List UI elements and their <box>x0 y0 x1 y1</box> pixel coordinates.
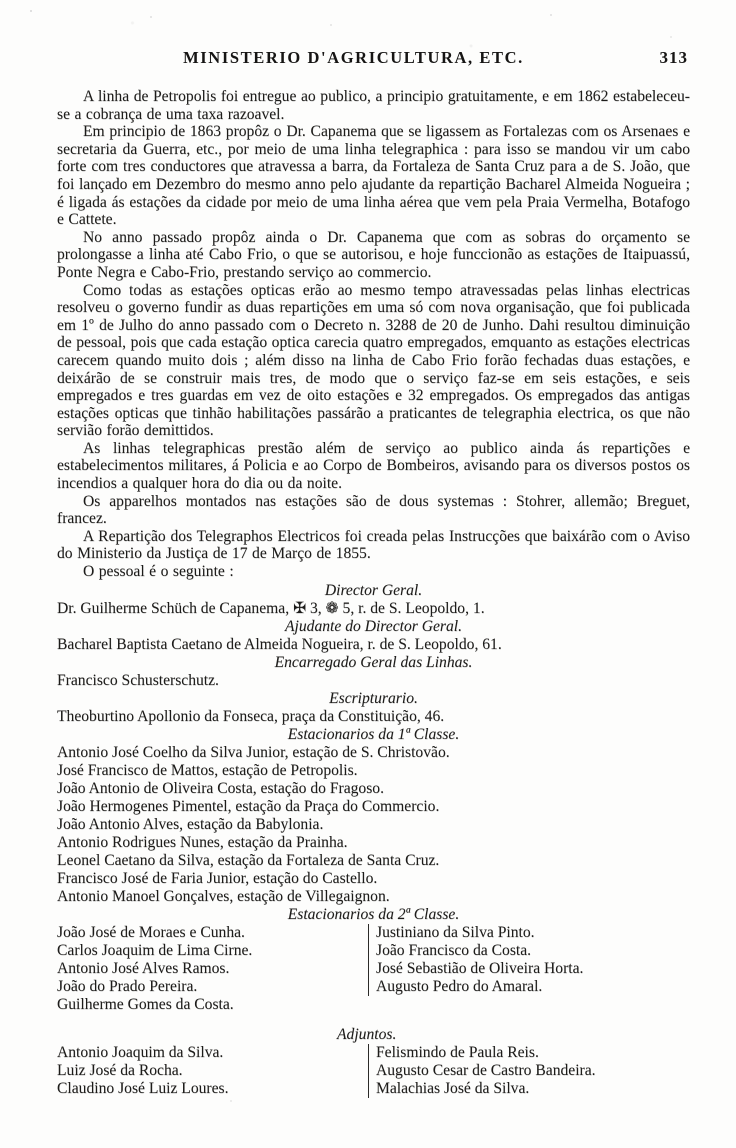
adjuntos-left-column: Antonio Joaquim da Silva. Luiz José da R… <box>57 1044 368 1098</box>
scan-noise-specks <box>30 10 32 12</box>
section-heading-director-geral: Director Geral. <box>57 582 690 600</box>
roster-entry-ajudante: Bacharel Baptista Caetano de Almeida Nog… <box>57 636 690 654</box>
paragraph-5: As linhas telegraphicas prestão além de … <box>57 440 690 493</box>
roster-entry: Augusto Cesar de Castro Bandeira. <box>376 1062 690 1080</box>
paragraph-2: Em principio de 1863 propôz o Dr. Capane… <box>57 123 690 229</box>
roster-entry: Antonio Joaquim da Silva. <box>57 1044 368 1062</box>
roster-entry: Antonio José Coelho da Silva Junior, est… <box>57 744 690 762</box>
section-heading-classe2: Estacionarios da 2ª Classe. <box>57 906 690 924</box>
roster-entry: Carlos Joaquim de Lima Cirne. <box>57 942 368 960</box>
roster-entry: João Francisco da Costa. <box>376 942 690 960</box>
roster-entry: Felismindo de Paula Reis. <box>376 1044 690 1062</box>
scanned-document-page: { "page": { "header": { "title": "MINIST… <box>0 0 736 1148</box>
page-header: MINISTERIO D'AGRICULTURA, ETC. 313 <box>57 48 690 70</box>
adjuntos-columns: Antonio Joaquim da Silva. Luiz José da R… <box>57 1044 690 1098</box>
roster-entry: José Sebastião de Oliveira Horta. <box>376 960 690 978</box>
roster-entry: Francisco José de Faria Junior, estação … <box>57 870 690 888</box>
roster-entry: Antonio Manoel Gonçalves, estação de Vil… <box>57 888 690 906</box>
personnel-roster: Director Geral. Dr. Guilherme Schüch de … <box>57 582 690 1098</box>
roster-entry-escripturario: Theoburtino Apollonio da Fonseca, praça … <box>57 708 690 726</box>
roster-entry: João José de Moraes e Cunha. <box>57 924 368 942</box>
paragraph-6: Os apparelhos montados nas estações são … <box>57 493 690 528</box>
roster-entry: Guilherme Gomes da Costa. <box>57 996 368 1014</box>
paragraph-8: O pessoal é o seguinte : <box>57 563 690 581</box>
section-heading-escripturario: Escripturario. <box>57 690 690 708</box>
paragraph-3: No anno passado propôz ainda o Dr. Capan… <box>57 229 690 282</box>
section-heading-adjuntos: Adjuntos. <box>337 1026 690 1044</box>
roster-entry: Antonio Rodrigues Nunes, estação da Prai… <box>57 834 690 852</box>
paragraph-7: A Repartição dos Telegraphos Electricos … <box>57 528 690 563</box>
roster-entry: Augusto Pedro do Amaral. <box>376 978 690 996</box>
roster-entry: Justiniano da Silva Pinto. <box>376 924 690 942</box>
page-number: 313 <box>660 48 689 68</box>
roster-entry: João Hermogenes Pimentel, estação da Pra… <box>57 798 690 816</box>
paragraph-4: Como todas as estações opticas erão ao m… <box>57 282 690 440</box>
document-page: MINISTERIO D'AGRICULTURA, ETC. 313 A lin… <box>0 0 736 1148</box>
roster-entry-encarregado: Francisco Schusterschutz. <box>57 672 690 690</box>
roster-entry: Claudino José Luiz Loures. <box>57 1080 368 1098</box>
roster-entry: José Francisco de Mattos, estação de Pet… <box>57 762 690 780</box>
classe2-right-column: Justiniano da Silva Pinto. João Francisc… <box>368 924 690 996</box>
section-heading-ajudante: Ajudante do Director Geral. <box>57 618 690 636</box>
roster-entry: João Antonio Alves, estação da Babylonia… <box>57 816 690 834</box>
page-body: A linha de Petropolis foi entregue ao pu… <box>57 88 690 1098</box>
roster-entry: Leonel Caetano da Silva, estação da Fort… <box>57 852 690 870</box>
section-heading-classe1: Estacionarios da 1ª Classe. <box>57 726 690 744</box>
section-heading-encarregado: Encarregado Geral das Linhas. <box>57 654 690 672</box>
paragraph-1: A linha de Petropolis foi entregue ao pu… <box>57 88 690 123</box>
roster-entry: João do Prado Pereira. <box>57 978 368 996</box>
classe2-left-column: João José de Moraes e Cunha. Carlos Joaq… <box>57 924 368 1014</box>
roster-entry: Antonio José Alves Ramos. <box>57 960 368 978</box>
roster-entry: Luiz José da Rocha. <box>57 1062 368 1080</box>
classe2-columns: João José de Moraes e Cunha. Carlos Joaq… <box>57 924 690 1014</box>
page-header-title: MINISTERIO D'AGRICULTURA, ETC. <box>57 48 650 68</box>
roster-entry-director: Dr. Guilherme Schüch de Capanema, ✠ 3, ❁… <box>57 600 690 618</box>
adjuntos-right-column: Felismindo de Paula Reis. Augusto Cesar … <box>368 1044 690 1098</box>
roster-entry: João Antonio de Oliveira Costa, estação … <box>57 780 690 798</box>
roster-entry: Malachias José da Silva. <box>376 1080 690 1098</box>
